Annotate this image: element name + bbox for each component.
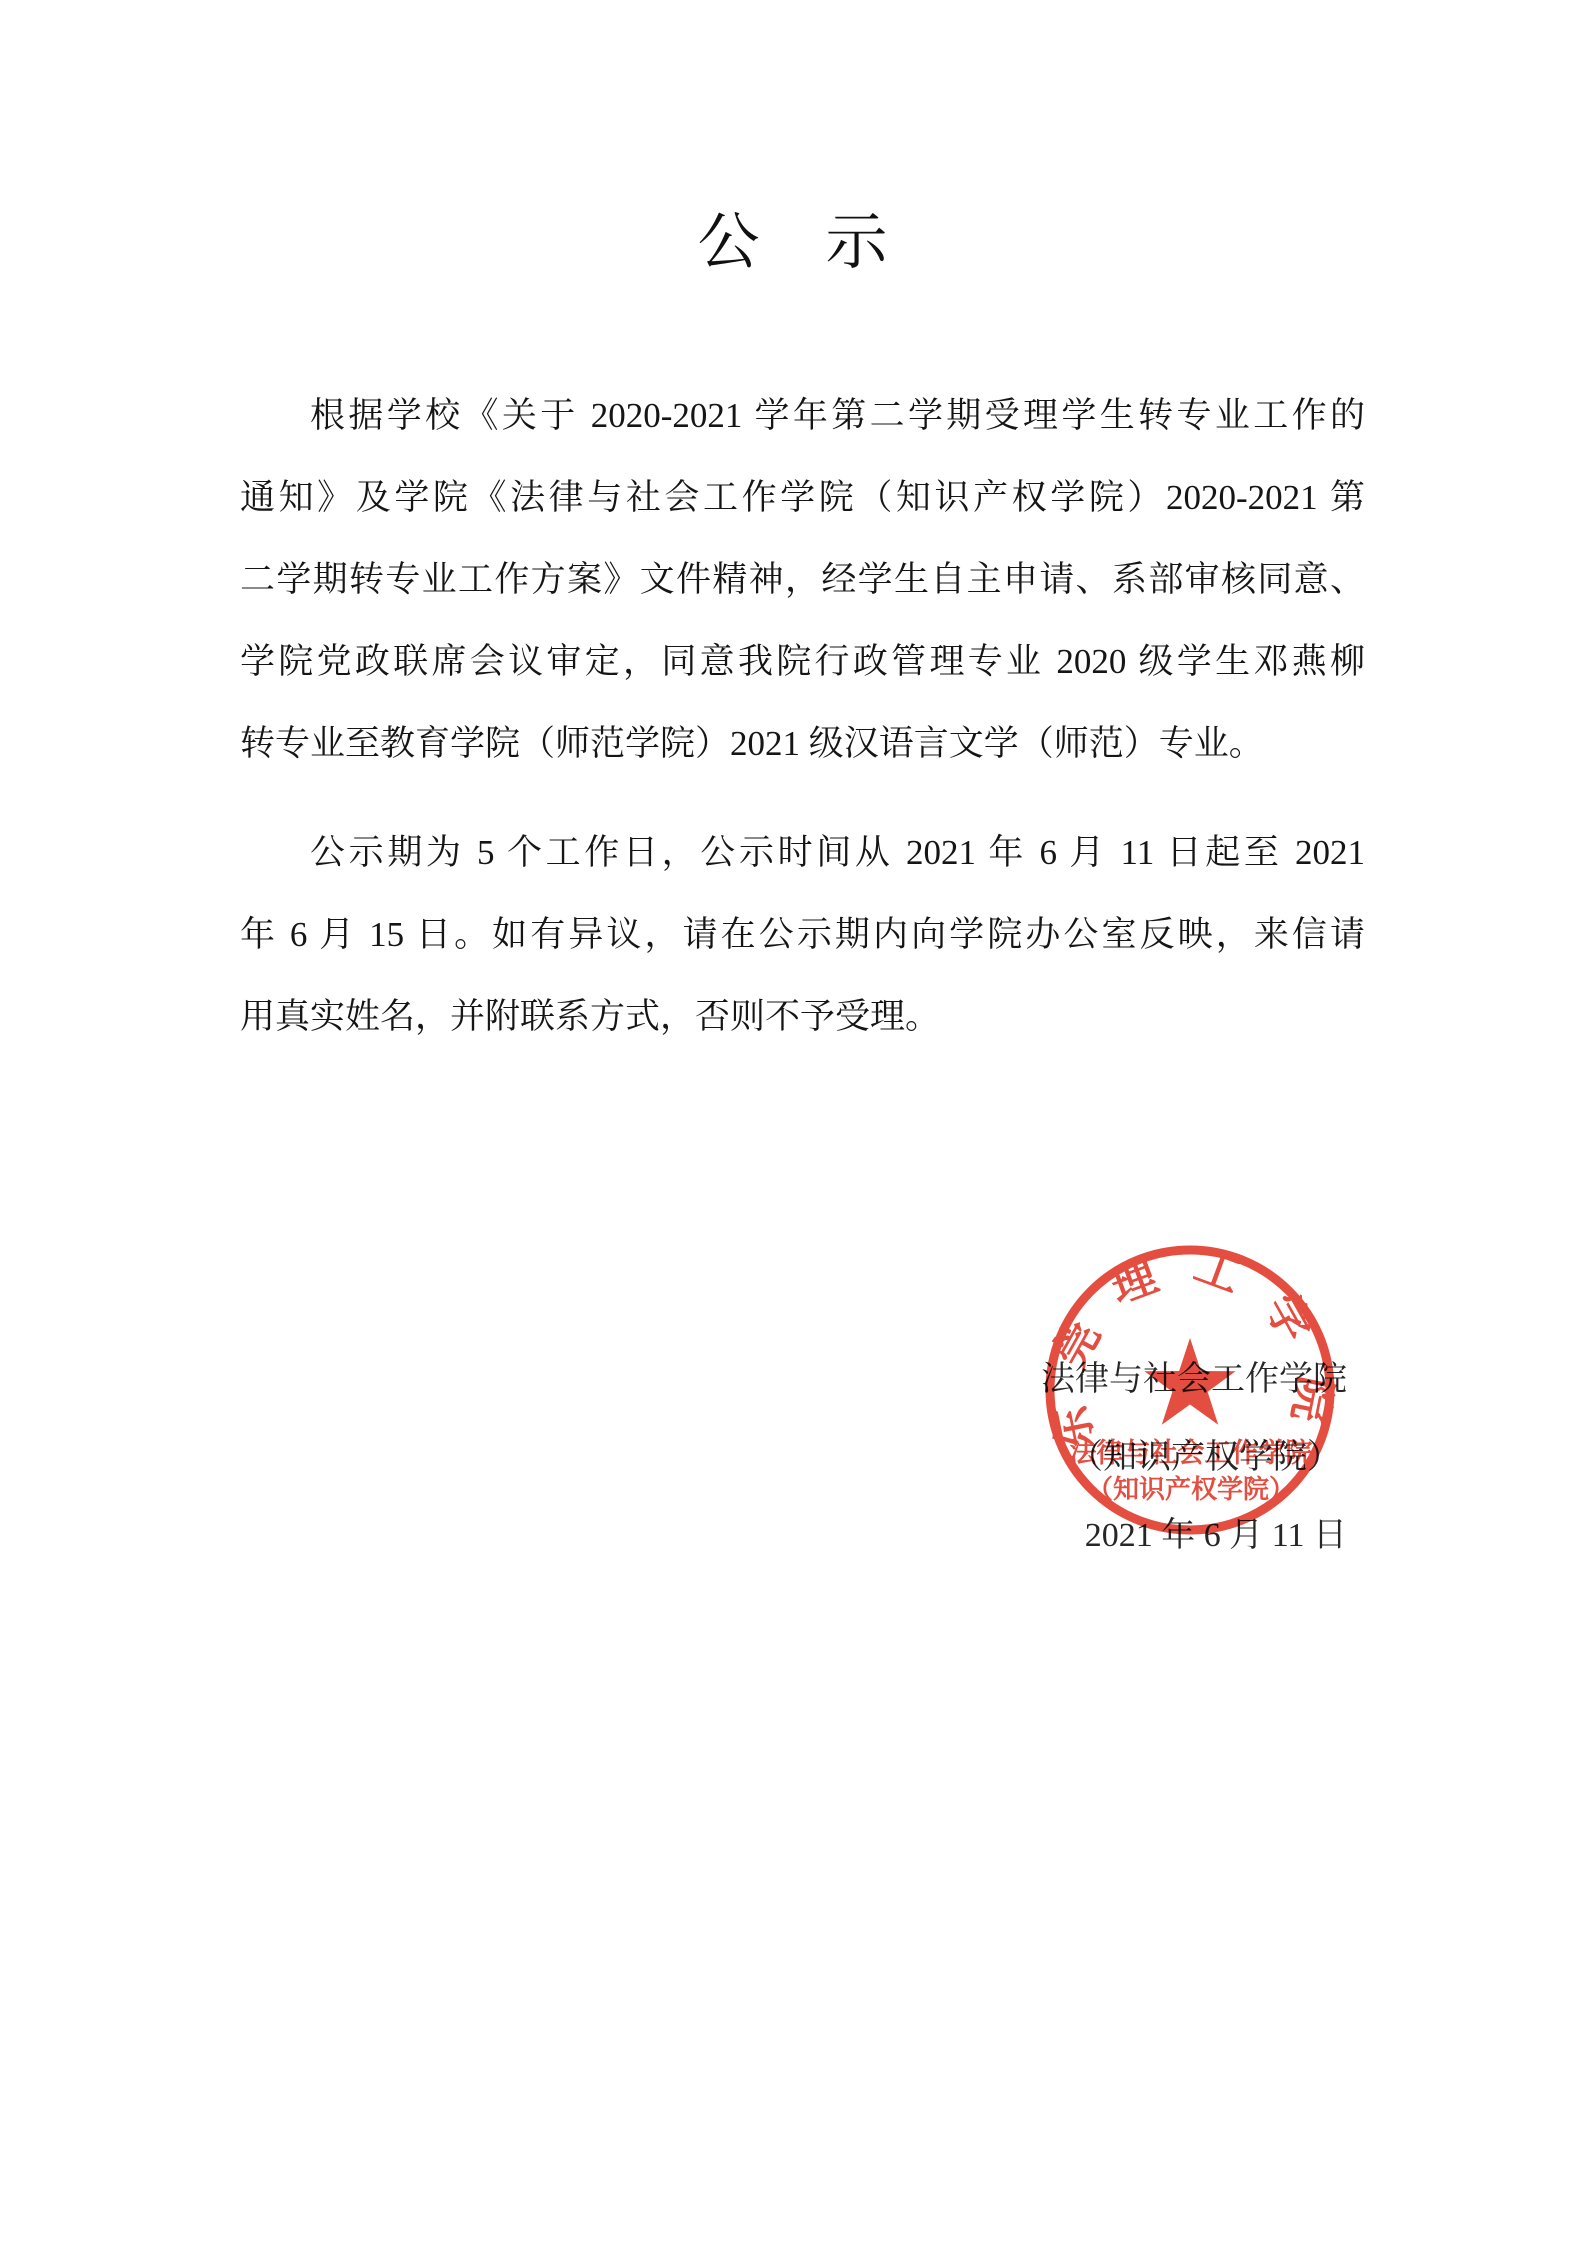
notice-paragraph-2: 公示期为 5 个工作日，公示时间从 2021 年 6 月 11 日起至 2021… xyxy=(240,812,1365,1058)
body-line: 年 6 月 15 日。如有异议，请在公示期内向学院办公室反映，来信请 xyxy=(240,894,1365,976)
body-line: 学院党政联席会议审定，同意我院行政管理专业 2020 级学生邓燕柳 xyxy=(240,621,1365,703)
body-line: 通知》及学院《法律与社会工作学院（知识产权学院）2020-2021 第 xyxy=(240,457,1365,539)
signature-org-line1: 法律与社会工作学院 xyxy=(900,1341,1347,1419)
body-line: 二学期转专业工作方案》文件精神，经学生自主申请、系部审核同意、 xyxy=(240,539,1365,621)
signature-org-line2: （知识产权学院） xyxy=(900,1419,1347,1497)
signature-date: 2021 年 6 月 11 日 xyxy=(900,1497,1347,1575)
notice-paragraph-1: 根据学校《关于 2020-2021 学年第二学期受理学生转专业工作的 通知》及学… xyxy=(240,375,1365,785)
body-line: 用真实姓名，并附联系方式，否则不予受理。 xyxy=(240,976,1365,1058)
body-line: 根据学校《关于 2020-2021 学年第二学期受理学生转专业工作的 xyxy=(240,375,1365,457)
body-line: 转专业至教育学院（师范学院）2021 级汉语言文学（师范）专业。 xyxy=(240,703,1365,785)
notice-document-page: 公 示 根据学校《关于 2020-2021 学年第二学期受理学生转专业工作的 通… xyxy=(0,0,1587,2245)
signature-block: 法律与社会工作学院 （知识产权学院） 2021 年 6 月 11 日 xyxy=(900,1341,1347,1575)
notice-title: 公 示 xyxy=(0,192,1587,281)
body-line: 公示期为 5 个工作日，公示时间从 2021 年 6 月 11 日起至 2021 xyxy=(240,812,1365,894)
